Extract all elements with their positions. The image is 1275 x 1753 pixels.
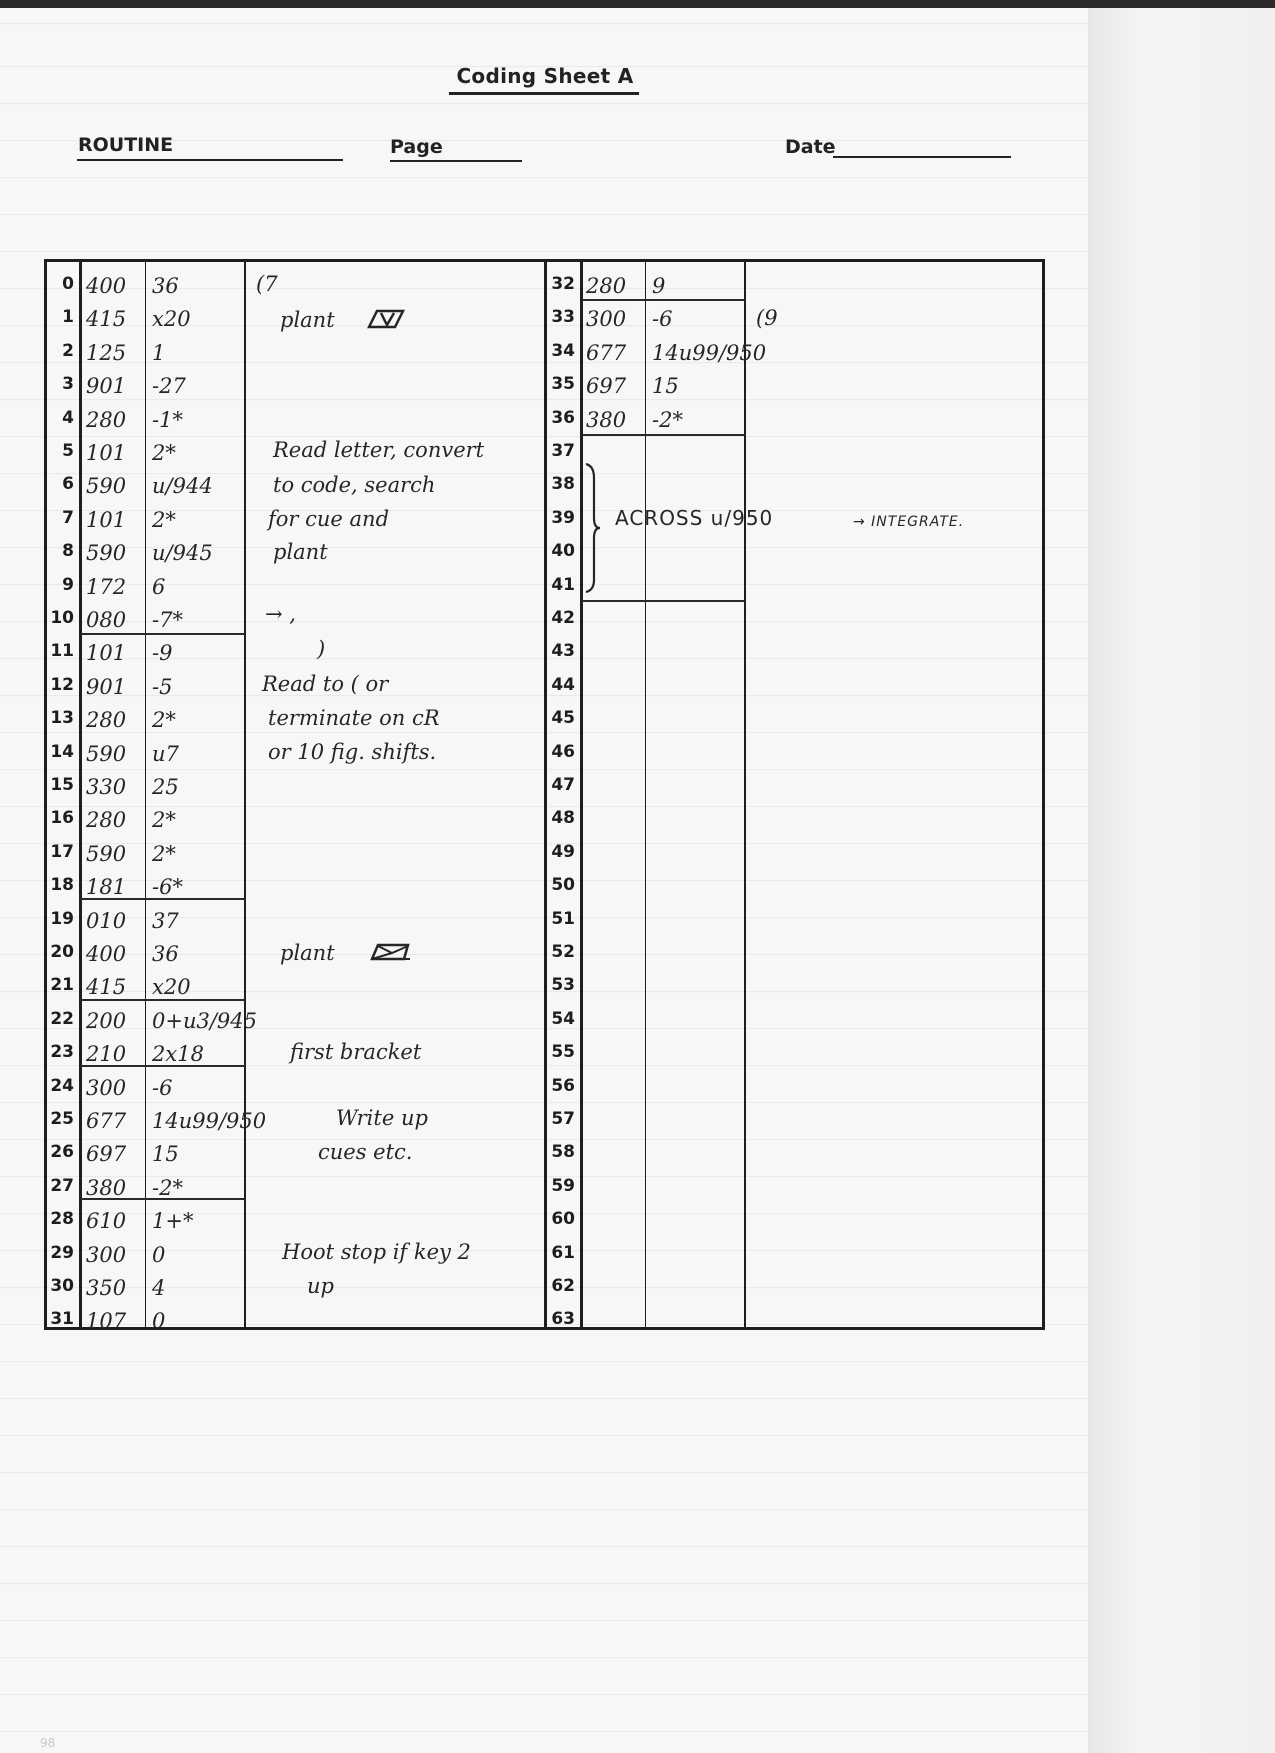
row-number: 0	[44, 274, 74, 294]
row-number: 16	[44, 808, 74, 828]
order-code-cell[interactable]: 677	[86, 1109, 126, 1133]
row-number: 58	[545, 1142, 575, 1162]
address-cell[interactable]: -2*	[652, 408, 683, 432]
note-row-25: Write up	[336, 1106, 428, 1130]
order-code-cell[interactable]: 125	[86, 341, 126, 365]
order-code-cell[interactable]: 697	[86, 1142, 126, 1166]
block-separator	[582, 299, 745, 301]
row-number: 42	[545, 608, 575, 628]
order-code-cell[interactable]: 380	[86, 1176, 126, 1200]
order-code-cell[interactable]: 901	[86, 374, 126, 398]
row-number: 28	[44, 1209, 74, 1229]
note-row-5: Read letter, convert	[273, 438, 484, 462]
note-row-33: (9	[756, 306, 778, 330]
address-cell[interactable]: 14u99/950	[652, 341, 766, 365]
order-code-cell[interactable]: 300	[86, 1243, 126, 1267]
address-cell[interactable]: 1	[152, 341, 165, 365]
note-row-6: to code, search	[273, 473, 435, 497]
row-number: 41	[545, 575, 575, 595]
order-code-cell[interactable]: 590	[86, 541, 126, 565]
row-number: 6	[44, 474, 74, 494]
address-cell[interactable]: 2x18	[152, 1042, 204, 1066]
address-cell[interactable]: 1+*	[152, 1209, 193, 1233]
note-row-12: Read to ( or	[262, 672, 388, 696]
letter-shift-symbol-icon	[370, 943, 412, 961]
address-cell[interactable]: 2*	[152, 708, 176, 732]
row-number: 59	[545, 1176, 575, 1196]
row-number: 43	[545, 641, 575, 661]
row-number: 56	[545, 1076, 575, 1096]
row-number: 40	[545, 541, 575, 561]
row-number: 22	[44, 1009, 74, 1029]
row-number: 51	[545, 909, 575, 929]
row-number: 24	[44, 1076, 74, 1096]
note-row-10: → ,	[265, 602, 296, 626]
address-cell[interactable]: 2*	[152, 508, 176, 532]
page-label: Page	[390, 136, 443, 158]
note-row-20: plant	[280, 941, 335, 965]
address-cell[interactable]: 4	[152, 1276, 165, 1300]
order-code-cell[interactable]: 330	[86, 775, 126, 799]
order-code-cell[interactable]: 280	[86, 408, 126, 432]
row-number: 61	[545, 1243, 575, 1263]
order-code-cell[interactable]: 101	[86, 508, 126, 532]
address-cell[interactable]: -6	[652, 307, 672, 331]
note-row-29: Hoot stop if key 2	[282, 1240, 471, 1264]
block-separator	[81, 633, 245, 635]
row-number: 49	[545, 842, 575, 862]
order-code-cell[interactable]: 101	[86, 641, 126, 665]
row-number: 47	[545, 775, 575, 795]
address-cell[interactable]: 0	[152, 1243, 165, 1267]
order-code-cell[interactable]: 280	[586, 274, 626, 298]
order-code-cell[interactable]: 107	[86, 1309, 126, 1333]
row-number: 32	[545, 274, 575, 294]
row-number: 26	[44, 1142, 74, 1162]
row-number: 36	[545, 408, 575, 428]
address-cell[interactable]: 2*	[152, 441, 176, 465]
row-number: 57	[545, 1109, 575, 1129]
routine-label: ROUTINE	[78, 134, 173, 156]
address-cell[interactable]: -2*	[152, 1176, 183, 1200]
row-number: 18	[44, 875, 74, 895]
row-number: 10	[44, 608, 74, 628]
order-code-cell[interactable]: 415	[86, 307, 126, 331]
row-number: 27	[44, 1176, 74, 1196]
row-number: 19	[44, 909, 74, 929]
row-number: 1	[44, 307, 74, 327]
address-cell[interactable]: 2*	[152, 808, 176, 832]
row-number: 55	[545, 1042, 575, 1062]
row-number: 33	[545, 307, 575, 327]
address-cell[interactable]: x20	[152, 307, 191, 331]
row-number: 23	[44, 1042, 74, 1062]
block-separator	[582, 600, 745, 602]
row-number: 14	[44, 742, 74, 762]
address-cell[interactable]: -6	[152, 1076, 172, 1100]
table-right-border	[1042, 259, 1045, 1330]
row-number: 45	[545, 708, 575, 728]
order-code-cell[interactable]: 200	[86, 1009, 126, 1033]
order-code-cell[interactable]: 590	[86, 474, 126, 498]
order-code-cell[interactable]: 610	[86, 1209, 126, 1233]
row-number: 44	[545, 675, 575, 695]
row-number: 29	[44, 1243, 74, 1263]
brace-target: → INTEGRATE.	[853, 510, 964, 534]
row-number: 53	[545, 975, 575, 995]
row-number: 20	[44, 942, 74, 962]
row-number: 52	[545, 942, 575, 962]
row-number: 39	[545, 508, 575, 528]
left-col-divider	[145, 259, 146, 1330]
right-number-divider	[580, 259, 583, 1330]
order-code-cell[interactable]: 400	[86, 274, 126, 298]
left-notes-divider	[244, 259, 246, 1330]
figure-shift-symbol-icon	[367, 309, 405, 329]
routine-field[interactable]	[77, 159, 343, 161]
row-number: 62	[545, 1276, 575, 1296]
title-underline	[449, 92, 639, 95]
scan-right-margin	[1088, 8, 1275, 1753]
order-code-cell[interactable]: 101	[86, 441, 126, 465]
order-code-cell[interactable]: 901	[86, 675, 126, 699]
note-row-13: terminate on cR	[268, 706, 440, 730]
page-field[interactable]	[390, 160, 522, 162]
order-code-cell[interactable]: 697	[586, 374, 626, 398]
left-number-divider	[79, 259, 82, 1330]
page-corner-mark: 98	[40, 1736, 55, 1750]
row-number: 63	[545, 1309, 575, 1329]
row-number: 54	[545, 1009, 575, 1029]
note-row-0: (7	[256, 272, 278, 296]
address-cell[interactable]: 2*	[152, 842, 176, 866]
address-cell[interactable]: 36	[152, 274, 179, 298]
order-code-cell[interactable]: 010	[86, 909, 126, 933]
address-cell[interactable]: -5	[152, 675, 172, 699]
note-row-30: up	[307, 1274, 334, 1298]
address-cell[interactable]: -1*	[152, 408, 183, 432]
address-cell[interactable]: -6*	[152, 875, 183, 899]
sheet-title: Coding Sheet A	[450, 64, 640, 88]
row-number: 2	[44, 341, 74, 361]
address-cell[interactable]: 15	[652, 374, 679, 398]
row-number: 25	[44, 1109, 74, 1129]
row-number: 35	[545, 374, 575, 394]
row-number: 11	[44, 641, 74, 661]
row-number: 13	[44, 708, 74, 728]
order-code-cell[interactable]: 080	[86, 608, 126, 632]
note-row-7: for cue and	[268, 507, 389, 531]
order-code-cell[interactable]: 300	[586, 307, 626, 331]
row-number: 38	[545, 474, 575, 494]
row-number: 46	[545, 742, 575, 762]
row-number: 31	[44, 1309, 74, 1329]
date-label: Date	[785, 136, 836, 158]
row-number: 60	[545, 1209, 575, 1229]
row-number: 15	[44, 775, 74, 795]
address-cell[interactable]: x20	[152, 975, 191, 999]
address-cell[interactable]: -27	[152, 374, 186, 398]
scan-top-edge	[0, 0, 1275, 8]
curly-brace-icon	[584, 462, 602, 594]
row-number: 5	[44, 441, 74, 461]
row-number: 3	[44, 374, 74, 394]
address-cell[interactable]: u/945	[152, 541, 213, 565]
address-cell[interactable]: u7	[152, 742, 179, 766]
row-number: 21	[44, 975, 74, 995]
order-code-cell[interactable]: 677	[586, 341, 626, 365]
address-cell[interactable]: u/944	[152, 474, 213, 498]
address-cell[interactable]: -9	[152, 641, 172, 665]
order-code-cell[interactable]: 210	[86, 1042, 126, 1066]
order-code-cell[interactable]: 400	[86, 942, 126, 966]
address-cell[interactable]: 9	[652, 274, 665, 298]
row-number: 7	[44, 508, 74, 528]
row-number: 48	[545, 808, 575, 828]
date-field[interactable]	[833, 156, 1011, 158]
note-row-14: or 10 fig. shifts.	[268, 740, 436, 764]
row-number: 50	[545, 875, 575, 895]
row-number: 12	[44, 675, 74, 695]
address-cell[interactable]: -7*	[152, 608, 183, 632]
brace-annotation: ACROSS u/950	[615, 506, 773, 530]
address-cell[interactable]: 25	[152, 775, 179, 799]
row-number: 8	[44, 541, 74, 561]
address-cell[interactable]: 37	[152, 909, 179, 933]
order-code-cell[interactable]: 172	[86, 575, 126, 599]
address-cell[interactable]: 15	[152, 1142, 179, 1166]
right-col-divider	[645, 259, 646, 1330]
order-code-cell[interactable]: 590	[86, 742, 126, 766]
row-number: 4	[44, 408, 74, 428]
row-number: 30	[44, 1276, 74, 1296]
note-row-23: first bracket	[290, 1040, 421, 1064]
address-cell[interactable]: 0+u3/945	[152, 1009, 257, 1033]
block-separator	[582, 434, 745, 436]
address-cell[interactable]: 6	[152, 575, 165, 599]
address-cell[interactable]: 14u99/950	[152, 1109, 266, 1133]
order-code-cell[interactable]: 280	[86, 708, 126, 732]
note-row-1: plant	[280, 308, 335, 332]
order-code-cell[interactable]: 350	[86, 1276, 126, 1300]
order-code-cell[interactable]: 590	[86, 842, 126, 866]
order-code-cell[interactable]: 280	[86, 808, 126, 832]
row-number: 34	[545, 341, 575, 361]
note-row-11: )	[317, 637, 325, 661]
row-number: 17	[44, 842, 74, 862]
address-cell[interactable]: 0	[152, 1309, 165, 1333]
address-cell[interactable]: 36	[152, 942, 179, 966]
row-number: 9	[44, 575, 74, 595]
order-code-cell[interactable]: 181	[86, 875, 126, 899]
row-number: 37	[545, 441, 575, 461]
note-row-8: plant	[273, 540, 328, 564]
order-code-cell[interactable]: 415	[86, 975, 126, 999]
order-code-cell[interactable]: 300	[86, 1076, 126, 1100]
note-row-26: cues etc.	[318, 1140, 412, 1164]
order-code-cell[interactable]: 380	[586, 408, 626, 432]
right-notes-divider	[744, 259, 746, 1330]
